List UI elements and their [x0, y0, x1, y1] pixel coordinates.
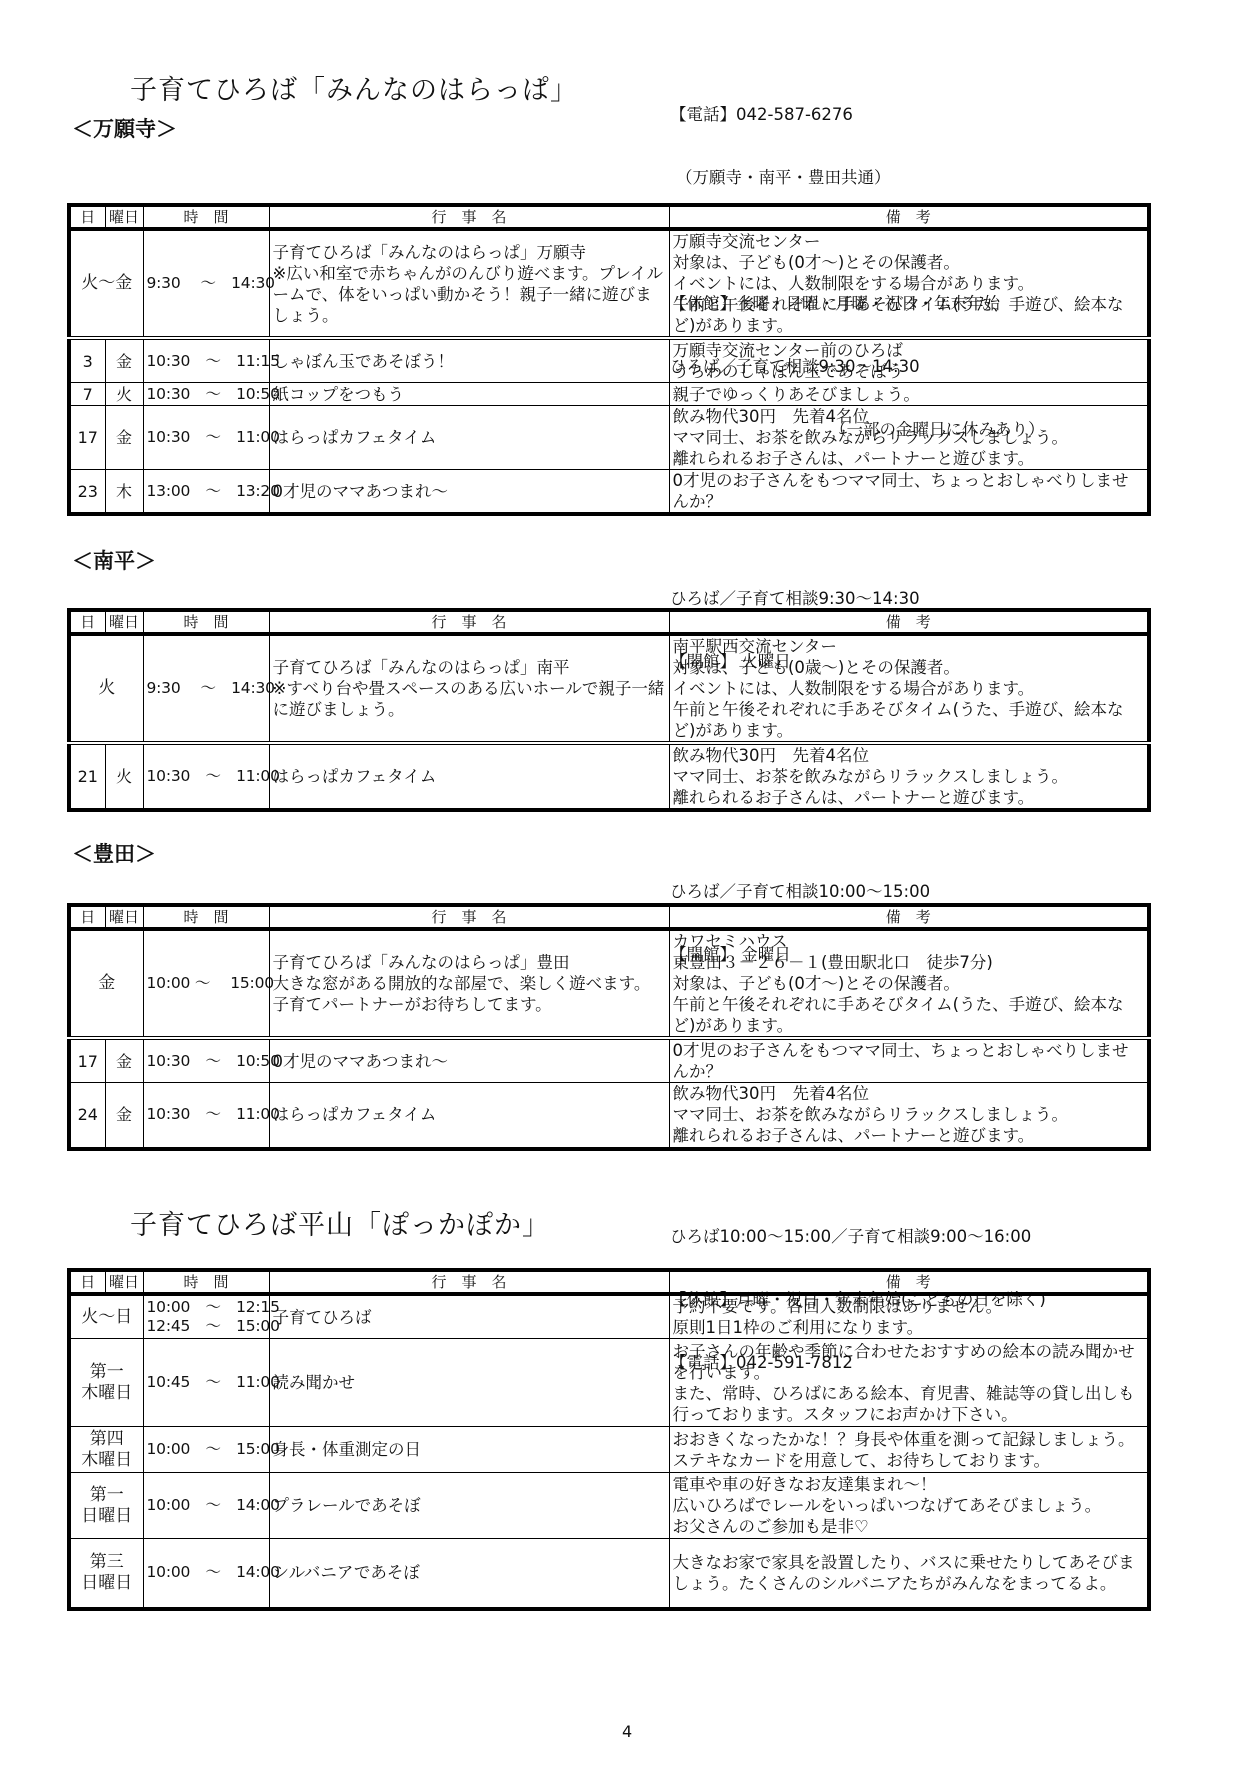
time-cell: 9:30 ～ 14:30: [143, 229, 269, 338]
header-note: 備 考: [669, 905, 1149, 929]
section-title-manganji: ＜万願寺＞: [72, 113, 177, 143]
time-cell: 9:30 ～ 14:30: [143, 634, 269, 743]
event-cell: はらっぱカフェタイム: [269, 406, 669, 470]
event-cell: 0才児のママあつまれ～: [269, 470, 669, 515]
schedule-table-manganji: 日 曜日 時 間 行 事 名 備 考 火～金 9:30 ～ 14:30 子育てひ…: [67, 203, 1151, 516]
section-title-hirayama: 子育てひろば平山「ぽっかぽか」: [130, 1203, 550, 1242]
weekday-cell: 金: [105, 406, 143, 470]
note-cell: お子さんの年齢や季節に合わせたおすすめの絵本の読み聞かせを行います。 また、常時…: [669, 1339, 1149, 1427]
section-title-minamidaira: ＜南平＞: [72, 545, 156, 575]
page-title: 子育てひろば「みんなのはらっぱ」: [130, 68, 578, 107]
header-weekday: 曜日: [105, 610, 143, 634]
weekday-cell: 金: [105, 1038, 143, 1083]
table-header-row: 日 曜日 時 間 行 事 名 備 考: [69, 905, 1149, 929]
table-row: 火～金 9:30 ～ 14:30 子育てひろば「みんなのはらっぱ」万願寺 ※広い…: [69, 229, 1149, 338]
header-note: 備 考: [669, 1270, 1149, 1294]
day-cell: 火: [69, 634, 143, 743]
event-cell: 紙コップをつもう: [269, 383, 669, 406]
event-cell: 読み聞かせ: [269, 1339, 669, 1427]
table-row: 3 金 10:30 ～ 11:15 しゃぼん玉であそぼう！ 万願寺交流センター前…: [69, 338, 1149, 383]
time-cell: 10:30 ～ 11:00: [143, 743, 269, 810]
event-cell: 0才児のママあつまれ～: [269, 1038, 669, 1083]
table-row: 17 金 10:30 ～ 10:50 0才児のママあつまれ～ 0才児のお子さんを…: [69, 1038, 1149, 1083]
weekday-cell: 金: [105, 1083, 143, 1149]
day-cell: 7: [69, 383, 105, 406]
schedule-table-hirayama: 日 曜日 時 間 行 事 名 備 考 火～日 10:00 ～ 12:15 12:…: [67, 1268, 1151, 1611]
schedule-table-toyoda: 日 曜日 時 間 行 事 名 備 考 金 10:00 ～ 15:00 子育てひろ…: [67, 903, 1151, 1151]
time-cell: 10:00 ～ 14:00: [143, 1473, 269, 1539]
note-cell: 万願寺交流センター 対象は、子ども(0才～)とその保護者。 イベントには、人数制…: [669, 229, 1149, 338]
header-day: 日: [69, 1270, 105, 1294]
table-header-row: 日 曜日 時 間 行 事 名 備 考: [69, 1270, 1149, 1294]
section-title-toyoda: ＜豊田＞: [72, 838, 156, 868]
note-cell: 飲み物代30円 先着4名位 ママ同士、お茶を飲みながらリラックスしましょう。 離…: [669, 1083, 1149, 1149]
weekday-cell: 火: [105, 743, 143, 810]
time-cell: 10:30 ～ 11:15: [143, 338, 269, 383]
day-cell: 火～日: [69, 1294, 143, 1339]
event-cell: 子育てひろば「みんなのはらっぱ」豊田 大きな窓がある開放的な部屋で、楽しく遊べま…: [269, 929, 669, 1038]
note-cell: 飲み物代30円 先着4名位 ママ同士、お茶を飲みながらリラックスしましょう。 離…: [669, 406, 1149, 470]
table-row: 第一 日曜日 10:00 ～ 14:00 プラレールであそぼ 電車や車の好きなお…: [69, 1473, 1149, 1539]
time-cell: 10:30 ～ 10:50: [143, 1038, 269, 1083]
day-cell: 17: [69, 1038, 105, 1083]
hours-text: ひろば10:00～15:00／子育て相談9:00～16:00: [670, 1226, 1046, 1247]
event-cell: 身長・体重測定の日: [269, 1427, 669, 1473]
day-cell: 第一 木曜日: [69, 1339, 143, 1427]
time-cell: 13:00 ～ 13:20: [143, 470, 269, 515]
event-cell: しゃぼん玉であそぼう！: [269, 338, 669, 383]
table-row: 23 木 13:00 ～ 13:20 0才児のママあつまれ～ 0才児のお子さんを…: [69, 470, 1149, 515]
day-cell: 金: [69, 929, 143, 1038]
header-weekday: 曜日: [105, 1270, 143, 1294]
header-event: 行 事 名: [269, 610, 669, 634]
header-event: 行 事 名: [269, 905, 669, 929]
weekday-cell: 金: [105, 338, 143, 383]
event-cell: 子育てひろば「みんなのはらっぱ」万願寺 ※広い和室で赤ちゃんがのんびり遊べます。…: [269, 229, 669, 338]
event-cell: 子育てひろば: [269, 1294, 669, 1339]
time-cell: 10:00 ～ 15:00: [143, 929, 269, 1038]
header-day: 日: [69, 905, 105, 929]
time-cell: 10:30 ～ 11:00: [143, 1083, 269, 1149]
note-cell: 親子でゆっくりあそびましょう。: [669, 383, 1149, 406]
event-cell: プラレールであそぼ: [269, 1473, 669, 1539]
note-cell: 0才児のお子さんをもつママ同士、ちょっとおしゃべりしませんか？: [669, 470, 1149, 515]
day-cell: 3: [69, 338, 105, 383]
event-cell: 子育てひろば「みんなのはらっぱ」南平 ※すべり台や畳スペースのある広いホールで親…: [269, 634, 669, 743]
phone-note: （万願寺・南平・豊田共通）: [670, 167, 1045, 188]
day-cell: 24: [69, 1083, 105, 1149]
note-cell: 南平駅西交流センター 対象は、子ども(0歳～)とその保護者。 イベントには、人数…: [669, 634, 1149, 743]
time-cell: 10:45 ～ 11:00: [143, 1339, 269, 1427]
phone-text: 【電話】042-587-6276: [670, 104, 1045, 125]
day-cell: 火～金: [69, 229, 143, 338]
note-cell: 電車や車の好きなお友達集まれ～！ 広いひろばでレールをいっぱいつなげてあそびまし…: [669, 1473, 1149, 1539]
header-event: 行 事 名: [269, 205, 669, 229]
table-row: 17 金 10:30 ～ 11:00 はらっぱカフェタイム 飲み物代30円 先着…: [69, 406, 1149, 470]
header-weekday: 曜日: [105, 905, 143, 929]
event-cell: シルバニアであそぼ: [269, 1539, 669, 1609]
note-cell: 予約不要です。各回人数制限はありません。 原則1日1枠のご利用になります。: [669, 1294, 1149, 1339]
header-time: 時 間: [143, 610, 269, 634]
day-cell: 第四 木曜日: [69, 1427, 143, 1473]
table-row: 第三 日曜日 10:00 ～ 14:00 シルバニアであそぼ 大きなお家で家具を…: [69, 1539, 1149, 1609]
header-day: 日: [69, 610, 105, 634]
header-note: 備 考: [669, 610, 1149, 634]
time-cell: 10:30 ～ 10:50: [143, 383, 269, 406]
header-time: 時 間: [143, 905, 269, 929]
event-cell: はらっぱカフェタイム: [269, 1083, 669, 1149]
header-note: 備 考: [669, 205, 1149, 229]
time-cell: 10:00 ～ 15:00: [143, 1427, 269, 1473]
weekday-cell: 木: [105, 470, 143, 515]
table-header-row: 日 曜日 時 間 行 事 名 備 考: [69, 205, 1149, 229]
table-row: 第一 木曜日 10:45 ～ 11:00 読み聞かせ お子さんの年齢や季節に合わ…: [69, 1339, 1149, 1427]
schedule-table-minamidaira: 日 曜日 時 間 行 事 名 備 考 火 9:30 ～ 14:30 子育てひろば…: [67, 608, 1151, 812]
hours-text: ひろば／子育て相談9:30～14:30: [670, 588, 920, 609]
note-cell: 万願寺交流センター前のひろば うちわのしゃぼん玉であそぼう: [669, 338, 1149, 383]
time-cell: 10:00 ～ 12:15 12:45 ～ 15:00: [143, 1294, 269, 1339]
day-cell: 21: [69, 743, 105, 810]
note-cell: おおきくなったかな！？身長や体重を測って記録しましょう。ステキなカードを用意して…: [669, 1427, 1149, 1473]
header-time: 時 間: [143, 205, 269, 229]
table-row: 24 金 10:30 ～ 11:00 はらっぱカフェタイム 飲み物代30円 先着…: [69, 1083, 1149, 1149]
time-cell: 10:00 ～ 14:00: [143, 1539, 269, 1609]
table-row: 第四 木曜日 10:00 ～ 15:00 身長・体重測定の日 おおきくなったかな…: [69, 1427, 1149, 1473]
table-row: 21 火 10:30 ～ 11:00 はらっぱカフェタイム 飲み物代30円 先着…: [69, 743, 1149, 810]
weekday-cell: 火: [105, 383, 143, 406]
page-number: 4: [622, 1722, 632, 1741]
note-cell: 大きなお家で家具を設置したり、バスに乗せたりしてあそびましょう。たくさんのシルバ…: [669, 1539, 1149, 1609]
table-row: 火～日 10:00 ～ 12:15 12:45 ～ 15:00 子育てひろば 予…: [69, 1294, 1149, 1339]
header-event: 行 事 名: [269, 1270, 669, 1294]
table-row: 金 10:00 ～ 15:00 子育てひろば「みんなのはらっぱ」豊田 大きな窓が…: [69, 929, 1149, 1038]
time-cell: 10:30 ～ 11:00: [143, 406, 269, 470]
note-cell: 飲み物代30円 先着4名位 ママ同士、お茶を飲みながらリラックスしましょう。 離…: [669, 743, 1149, 810]
table-header-row: 日 曜日 時 間 行 事 名 備 考: [69, 610, 1149, 634]
table-row: 7 火 10:30 ～ 10:50 紙コップをつもう 親子でゆっくりあそびましょ…: [69, 383, 1149, 406]
day-cell: 第三 日曜日: [69, 1539, 143, 1609]
hours-text: ひろば／子育て相談10:00～15:00: [670, 881, 930, 902]
note-cell: カワセミハウス 東豊田３－２６－１(豊田駅北口 徒歩7分) 対象は、子ども(0才…: [669, 929, 1149, 1038]
note-cell: 0才児のお子さんをもつママ同士、ちょっとおしゃべりしませんか？: [669, 1038, 1149, 1083]
table-row: 火 9:30 ～ 14:30 子育てひろば「みんなのはらっぱ」南平 ※すべり台や…: [69, 634, 1149, 743]
day-cell: 23: [69, 470, 105, 515]
day-cell: 第一 日曜日: [69, 1473, 143, 1539]
header-day: 日: [69, 205, 105, 229]
day-cell: 17: [69, 406, 105, 470]
event-cell: はらっぱカフェタイム: [269, 743, 669, 810]
header-time: 時 間: [143, 1270, 269, 1294]
header-weekday: 曜日: [105, 205, 143, 229]
